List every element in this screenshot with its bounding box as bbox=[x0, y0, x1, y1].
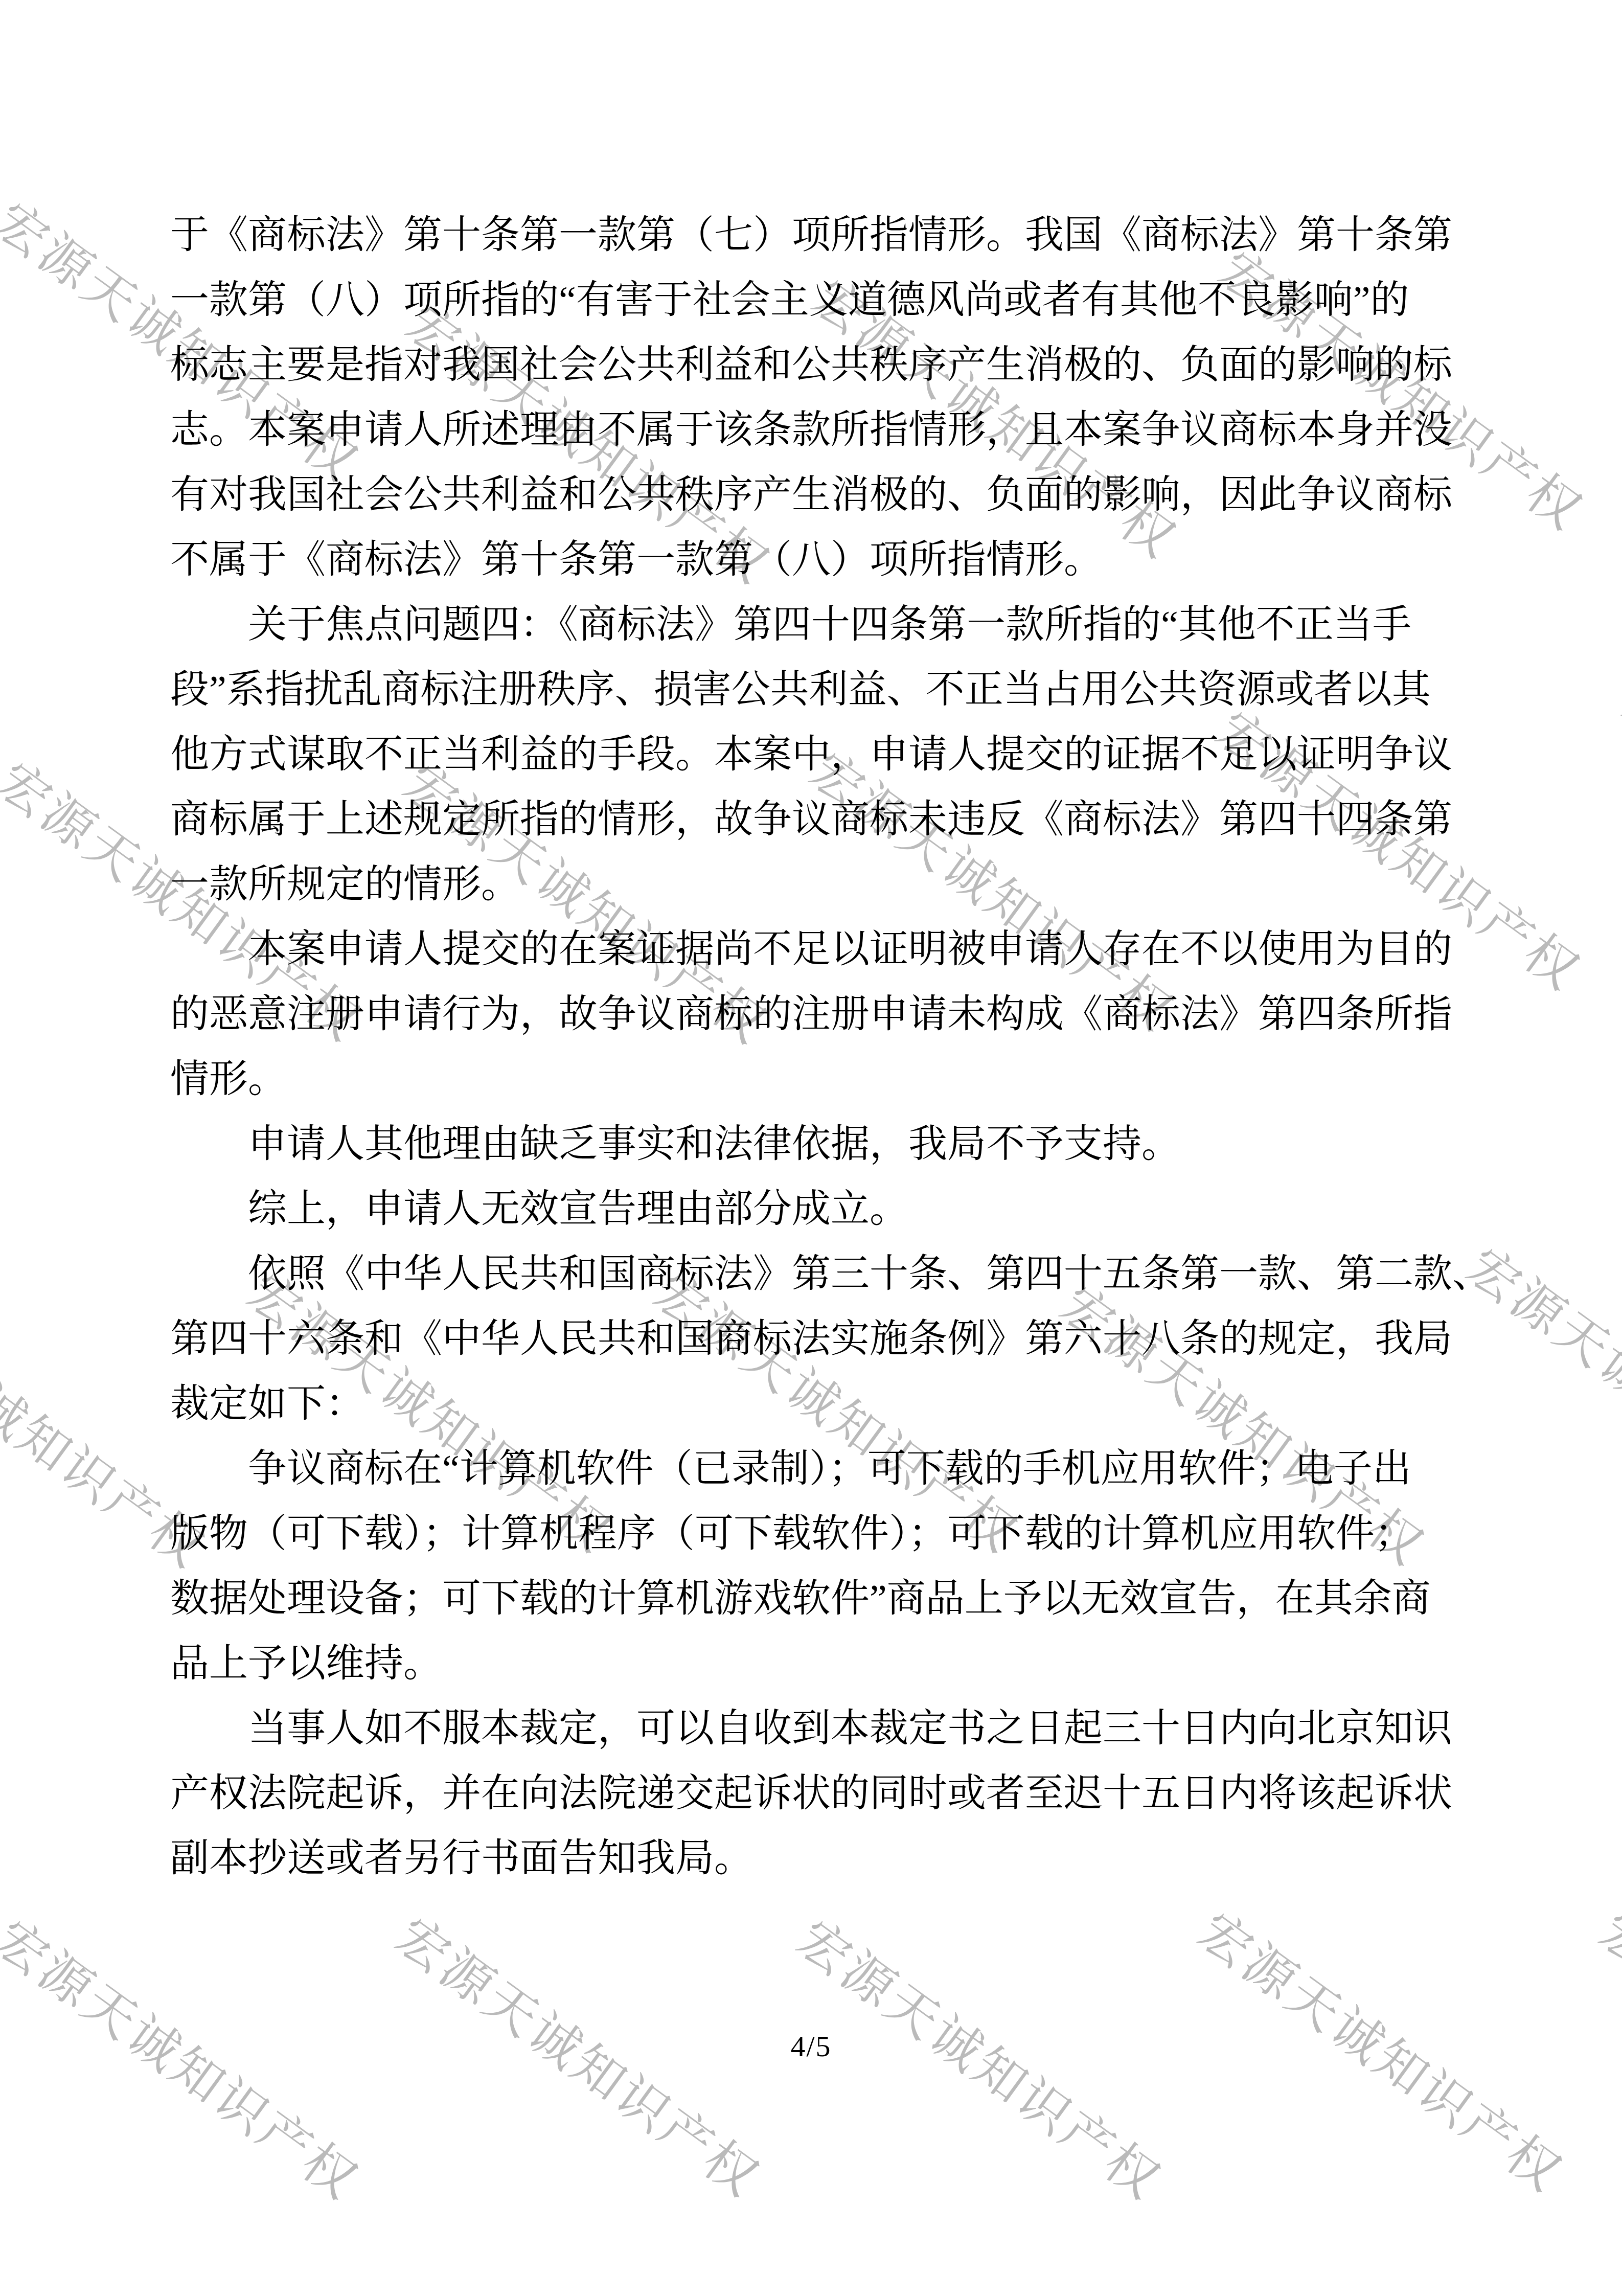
paragraph: 本案申请人提交的在案证据尚不足以证明被申请人存在不以使用为目的的恶意注册申请行为… bbox=[170, 917, 1452, 1112]
document-line: 当事人如不服本裁定，可以自收到本裁定书之日起三十日内向北京知识 bbox=[170, 1696, 1452, 1761]
document-line: 争议商标在“计算机软件（已录制）；可下载的手机应用软件；电子出 bbox=[170, 1437, 1452, 1502]
document-line: 一款所规定的情形。 bbox=[170, 852, 1452, 917]
document-line: 情形。 bbox=[170, 1047, 1452, 1112]
document-line: 不属于《商标法》第十条第一款第（八）项所指情形。 bbox=[170, 528, 1452, 593]
paragraph: 争议商标在“计算机软件（已录制）；可下载的手机应用软件；电子出版物（可下载）；计… bbox=[170, 1437, 1452, 1696]
paragraph: 关于焦点问题四：《商标法》第四十四条第一款所指的“其他不正当手段”系指扰乱商标注… bbox=[170, 593, 1452, 917]
document-line: 关于焦点问题四：《商标法》第四十四条第一款所指的“其他不正当手 bbox=[170, 593, 1452, 657]
page-number: 4/5 bbox=[790, 2030, 831, 2063]
document-line: 本案申请人提交的在案证据尚不足以证明被申请人存在不以使用为目的 bbox=[170, 917, 1452, 982]
document-line: 版物（可下载）；计算机程序（可下载软件）；可下载的计算机应用软件； bbox=[170, 1502, 1452, 1566]
document-line: 有对我国社会公共利益和公共秩序产生消极的、负面的影响，因此争议商标 bbox=[170, 463, 1452, 528]
document-line: 他方式谋取不正当利益的手段。本案中，申请人提交的证据不足以证明争议 bbox=[170, 722, 1452, 787]
document-line: 副本抄送或者另行书面告知我局。 bbox=[170, 1826, 1452, 1891]
watermark-text: 宏源天诚知识产权 bbox=[1610, 665, 1622, 979]
document-line: 申请人其他理由缺乏事实和法律依据，我局不予支持。 bbox=[170, 1112, 1452, 1177]
document-page: 宏源天诚知识产权宏源天诚知识产权宏源天诚知识产权宏源天诚知识产权宏源天诚知识产权… bbox=[0, 0, 1622, 2296]
document-line: 第四十六条和《中华人民共和国商标法实施条例》第六十八条的规定，我局 bbox=[170, 1307, 1452, 1372]
paragraph: 申请人其他理由缺乏事实和法律依据，我局不予支持。 bbox=[170, 1112, 1452, 1177]
document-line: 商标属于上述规定所指的情形，故争议商标未违反《商标法》第四十四条第 bbox=[170, 787, 1452, 852]
paragraph: 于《商标法》第十条第一款第（七）项所指情形。我国《商标法》第十条第一款第（八）项… bbox=[170, 203, 1452, 593]
page-footer: 4/5 bbox=[0, 2029, 1622, 2064]
document-line: 数据处理设备；可下载的计算机游戏软件”商品上予以无效宣告，在其余商 bbox=[170, 1566, 1452, 1631]
document-line: 志。本案申请人所述理由不属于该条款所指情形，且本案争议商标本身并没 bbox=[170, 398, 1452, 463]
document-line: 的恶意注册申请行为，故争议商标的注册申请未构成《商标法》第四条所指 bbox=[170, 982, 1452, 1047]
document-line: 产权法院起诉，并在向法院递交起诉状的同时或者至迟十五日内将该起诉状 bbox=[170, 1761, 1452, 1826]
paragraph: 依照《中华人民共和国商标法》第三十条、第四十五条第一款、第二款、第四十六条和《中… bbox=[170, 1242, 1452, 1437]
document-line: 标志主要是指对我国社会公共利益和公共秩序产生消极的、负面的影响的标 bbox=[170, 333, 1452, 398]
document-line: 段”系指扰乱商标注册秩序、损害公共利益、不正当占用公共资源或者以其 bbox=[170, 657, 1452, 722]
document-body: 于《商标法》第十条第一款第（七）项所指情形。我国《商标法》第十条第一款第（八）项… bbox=[170, 203, 1452, 1891]
document-line: 于《商标法》第十条第一款第（七）项所指情形。我国《商标法》第十条第 bbox=[170, 203, 1452, 268]
document-line: 裁定如下： bbox=[170, 1372, 1452, 1437]
document-line: 一款第（八）项所指的“有害于社会主义道德风尚或者有其他不良影响”的 bbox=[170, 268, 1452, 333]
watermark-text: 宏源天诚知识产权 bbox=[1613, 204, 1622, 519]
paragraph: 当事人如不服本裁定，可以自收到本裁定书之日起三十日内向北京知识产权法院起诉，并在… bbox=[170, 1696, 1452, 1891]
paragraph: 综上，申请人无效宣告理由部分成立。 bbox=[170, 1177, 1452, 1242]
document-line: 品上予以维持。 bbox=[170, 1631, 1452, 1696]
document-line: 依照《中华人民共和国商标法》第三十条、第四十五条第一款、第二款、 bbox=[170, 1242, 1452, 1307]
document-line: 综上，申请人无效宣告理由部分成立。 bbox=[170, 1177, 1452, 1242]
